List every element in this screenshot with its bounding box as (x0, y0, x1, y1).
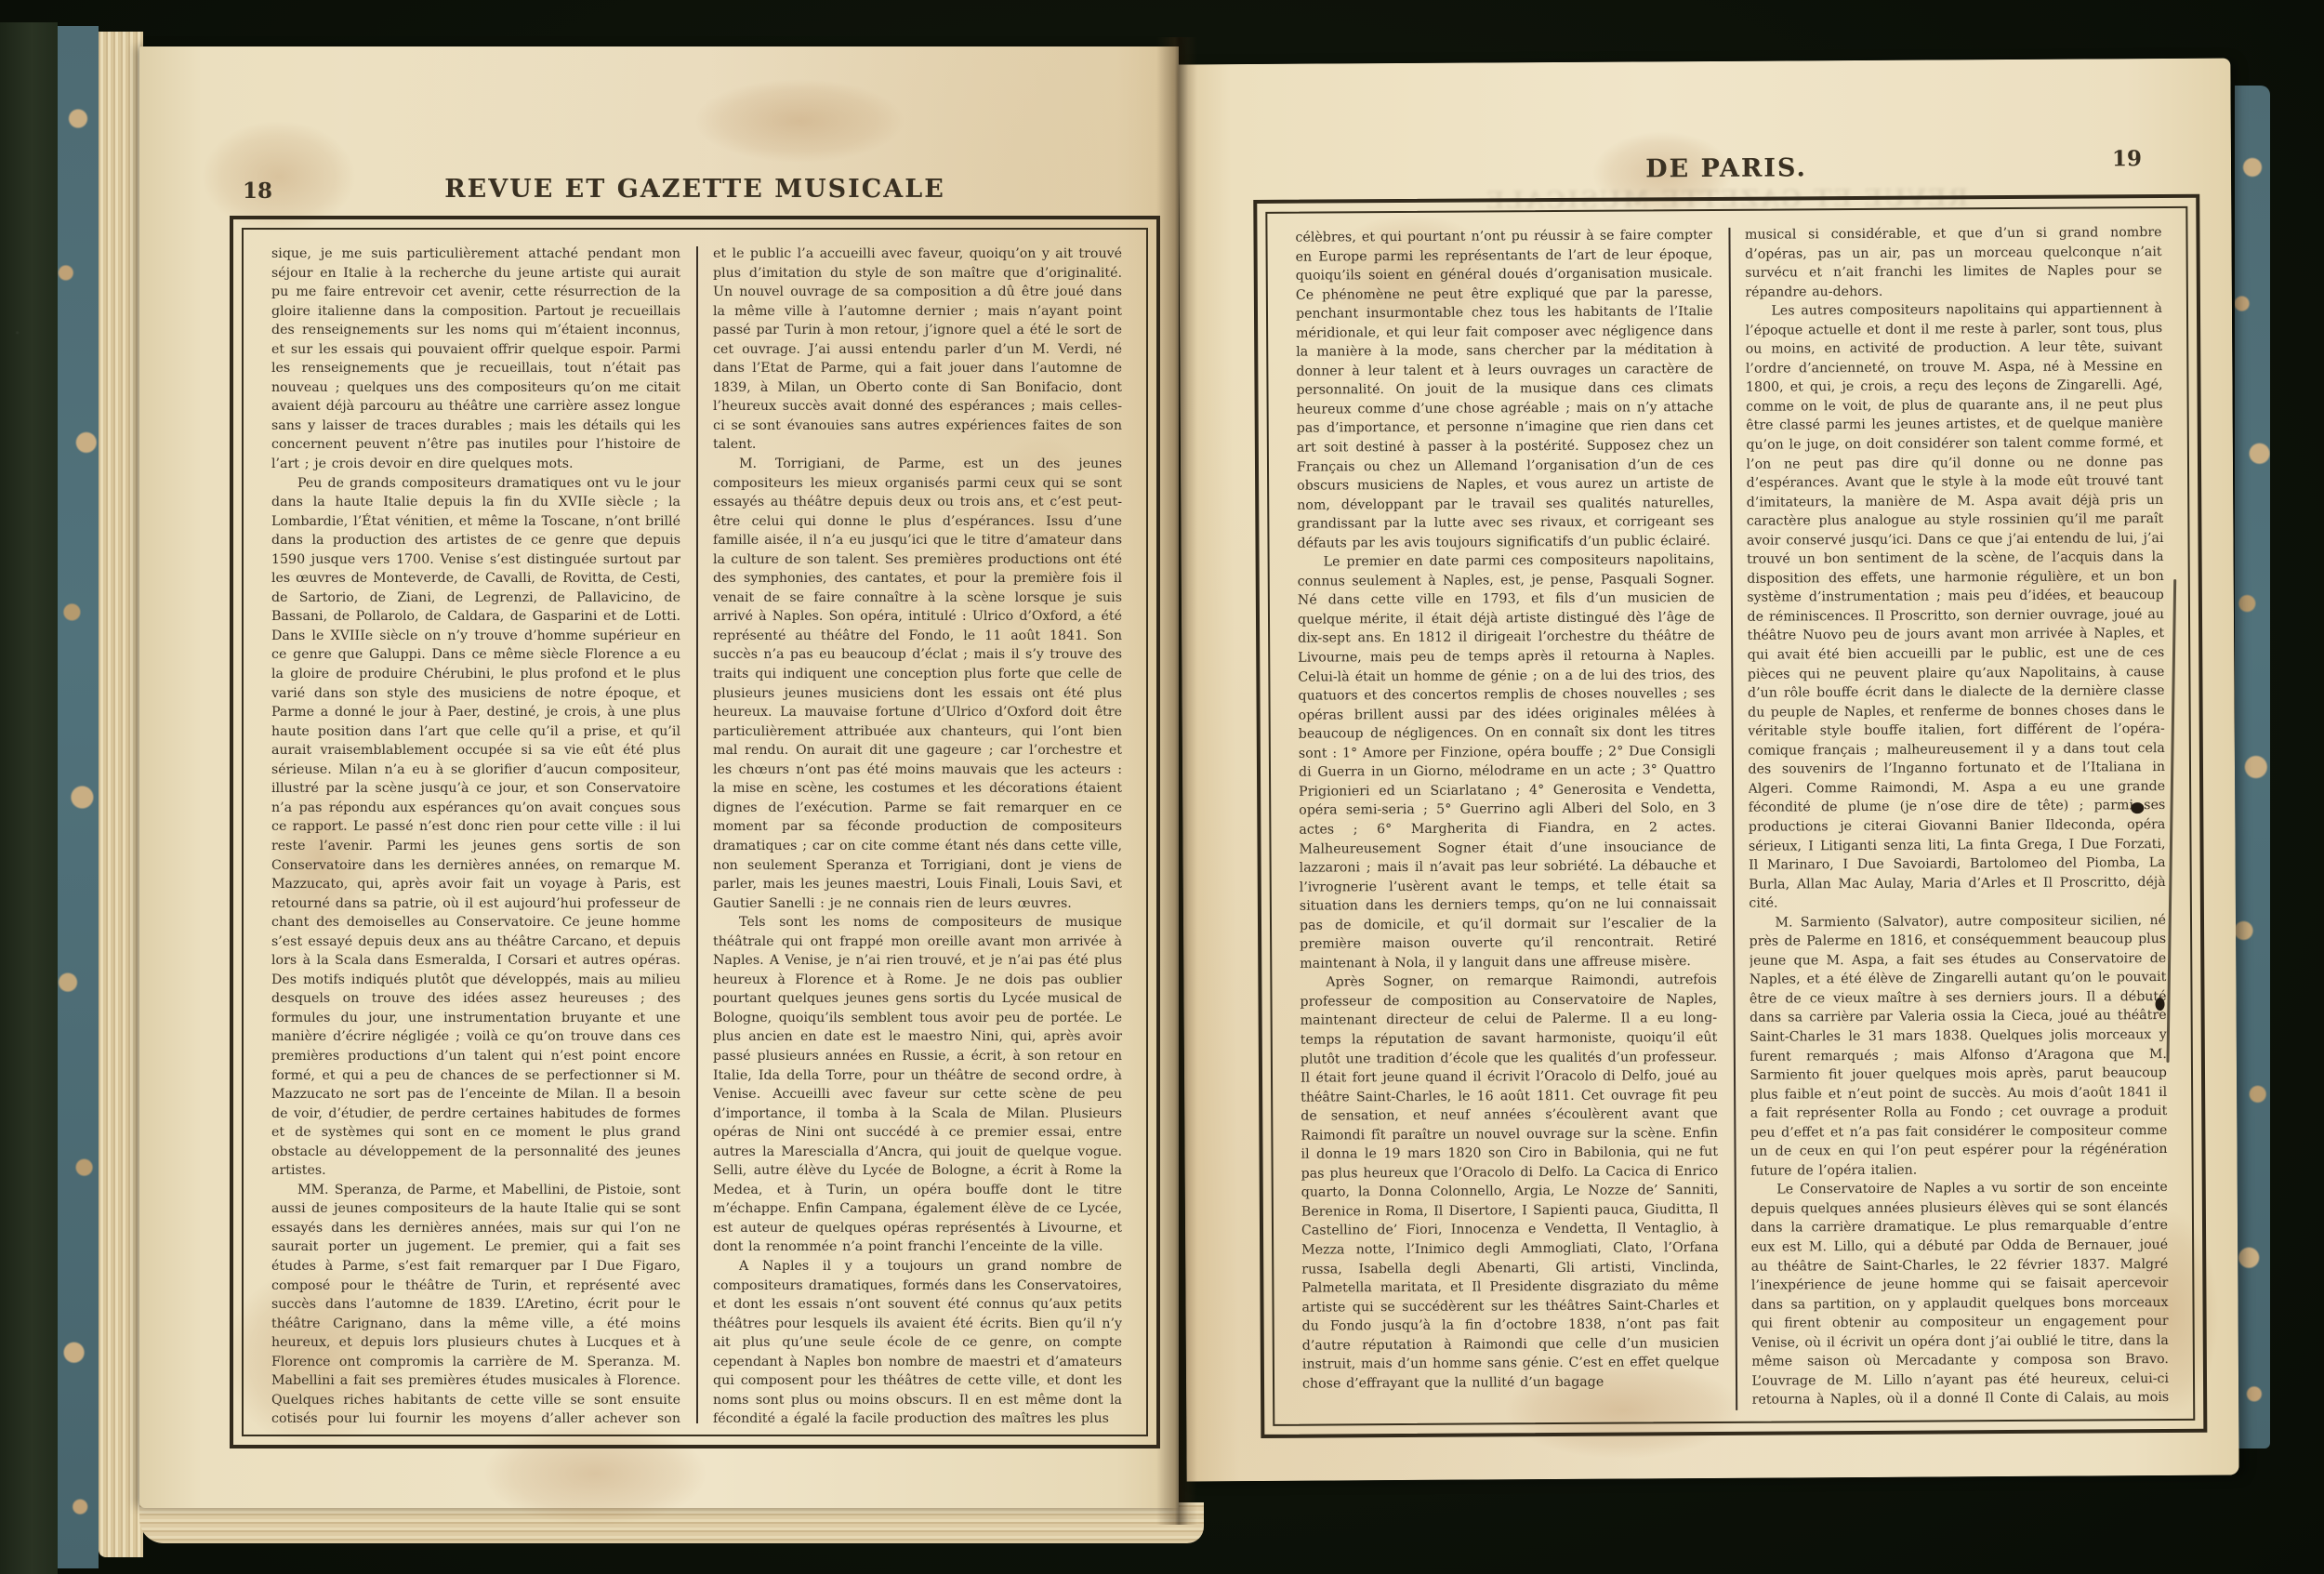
marbled-board-right (2235, 86, 2270, 1448)
paragraph: Les autres compositeurs napolitains qui … (1745, 299, 2166, 913)
ink-spot (2156, 998, 2165, 1011)
paragraph: M. Torrigiani, de Parme, est un des jeun… (713, 455, 1122, 913)
left-page-header: 18 REVUE ET GAZETTE MUSICALE (230, 175, 1160, 212)
right-page: REVUE ET GAZETTE MUSICALE DE PARIS. 19 c… (1178, 59, 2238, 1482)
paragraph: célèbres, et qui pourtant n’ont pu réuss… (1295, 226, 1714, 553)
paragraph: M. Sarmiento (Salvator), autre composite… (1749, 911, 2167, 1181)
column-rule (1728, 228, 1737, 1410)
text-frame-border: sique, je me suis particulièrement attac… (230, 216, 1160, 1448)
paragraph: MM. Speranza, de Parme, et Mabellini, de… (271, 1181, 680, 1425)
left-page-column-2: et le public l’a accueilli avec faveur, … (713, 245, 1122, 1425)
paragraph: Le Conservatoire de Naples a vu sortir d… (1750, 1178, 2169, 1411)
foxing-stain (660, 65, 939, 177)
text-frame-inner-border: sique, je me suis particulièrement attac… (242, 228, 1148, 1436)
paragraph: Peu de grands compositeurs dramatiques o… (271, 474, 680, 1181)
running-title: REVUE ET GAZETTE MUSICALE (230, 175, 1160, 204)
text-frame-inner-border: célèbres, et qui pourtant n’ont pu réuss… (1265, 206, 2195, 1426)
text-frame-border: célèbres, et qui pourtant n’ont pu réuss… (1253, 194, 2207, 1438)
paragraph: et le public l’a accueilli avec faveur, … (713, 245, 1122, 455)
page-number: 19 (2112, 146, 2142, 171)
right-page-column-2: musical si considérable, et que d’un si … (1745, 223, 2169, 1412)
photo-background: 18 REVUE ET GAZETTE MUSICALE sique, je m… (0, 0, 2324, 1574)
marbled-board-left (58, 26, 99, 1568)
page-stack-edges-left (99, 32, 143, 1557)
page-stack-edges-bottom (139, 1502, 1204, 1543)
paragraph: Après Sogner, on remarque Raimondi, autr… (1300, 971, 1719, 1394)
paragraph: Le premier en date parmi ces compositeur… (1298, 550, 1717, 973)
book-gutter-shadow (1156, 37, 1197, 1525)
paragraph: A Naples il y a toujours un grand nombre… (713, 1257, 1122, 1425)
book-cover-left-edge (0, 22, 58, 1574)
right-page-column-1: célèbres, et qui pourtant n’ont pu réuss… (1295, 226, 1719, 1415)
paragraph: Tels sont les noms de compositeurs de mu… (713, 913, 1122, 1257)
left-page-column-1: sique, je me suis particulièrement attac… (271, 245, 680, 1425)
paragraph: musical si considérable, et que d’un si … (1745, 223, 2162, 302)
left-page: 18 REVUE ET GAZETTE MUSICALE sique, je m… (139, 46, 1179, 1508)
right-page-header: REVUE ET GAZETTE MUSICALE DE PARIS. 19 (1253, 152, 2199, 194)
ink-spot (2131, 802, 2144, 813)
column-rule (696, 246, 698, 1423)
paragraph: sique, je me suis particulièrement attac… (271, 245, 680, 474)
running-title: DE PARIS. (1253, 152, 2199, 186)
